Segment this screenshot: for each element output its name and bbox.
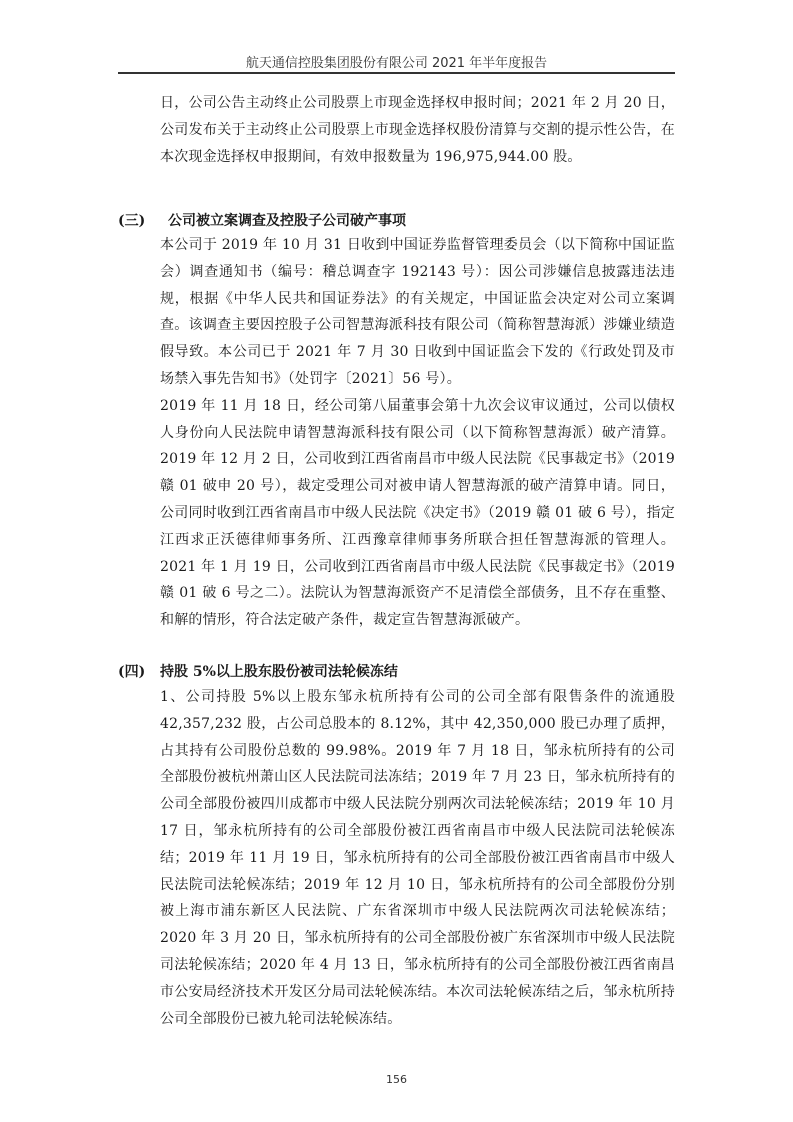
section-3-body: 本公司于 2019 年 10 月 31 日收到中国证券监督管理委员会（以下简称中…: [160, 232, 675, 634]
paragraph: 本公司于 2019 年 10 月 31 日收到中国证券监督管理委员会（以下简称中…: [160, 232, 675, 393]
page-number: 156: [0, 1073, 793, 1086]
section-title: 持股 5%以上股东股份被司法轮候冻结: [160, 660, 398, 684]
section-number: (四): [118, 660, 145, 684]
page-header: 航天通信控股集团股份有限公司 2021 年半年度报告: [118, 52, 675, 71]
section-number: (三): [118, 209, 145, 233]
section-4-body: 1、公司持股 5%以上股东邹永杭所持有公司的公司全部有限售条件的流通股 42,3…: [160, 684, 675, 1032]
header-divider: [118, 72, 675, 74]
paragraph: 1、公司持股 5%以上股东邹永杭所持有公司的公司全部有限售条件的流通股 42,3…: [160, 684, 675, 1032]
paragraph: 2019 年 11 月 18 日，经公司第八届董事会第十九次会议审议通过，公司以…: [160, 393, 675, 634]
section-heading-3: (三) 公司被立案调查及控股子公司破产事项: [118, 209, 678, 233]
paragraph: 日，公司公告主动终止公司股票上市现金选择权申报时间；2021 年 2 月 20 …: [160, 90, 675, 170]
section-heading-4: (四) 持股 5%以上股东股份被司法轮候冻结: [118, 660, 678, 684]
continuation-paragraph: 日，公司公告主动终止公司股票上市现金选择权申报时间；2021 年 2 月 20 …: [160, 90, 675, 170]
section-title: 公司被立案调查及控股子公司破产事项: [168, 209, 406, 233]
